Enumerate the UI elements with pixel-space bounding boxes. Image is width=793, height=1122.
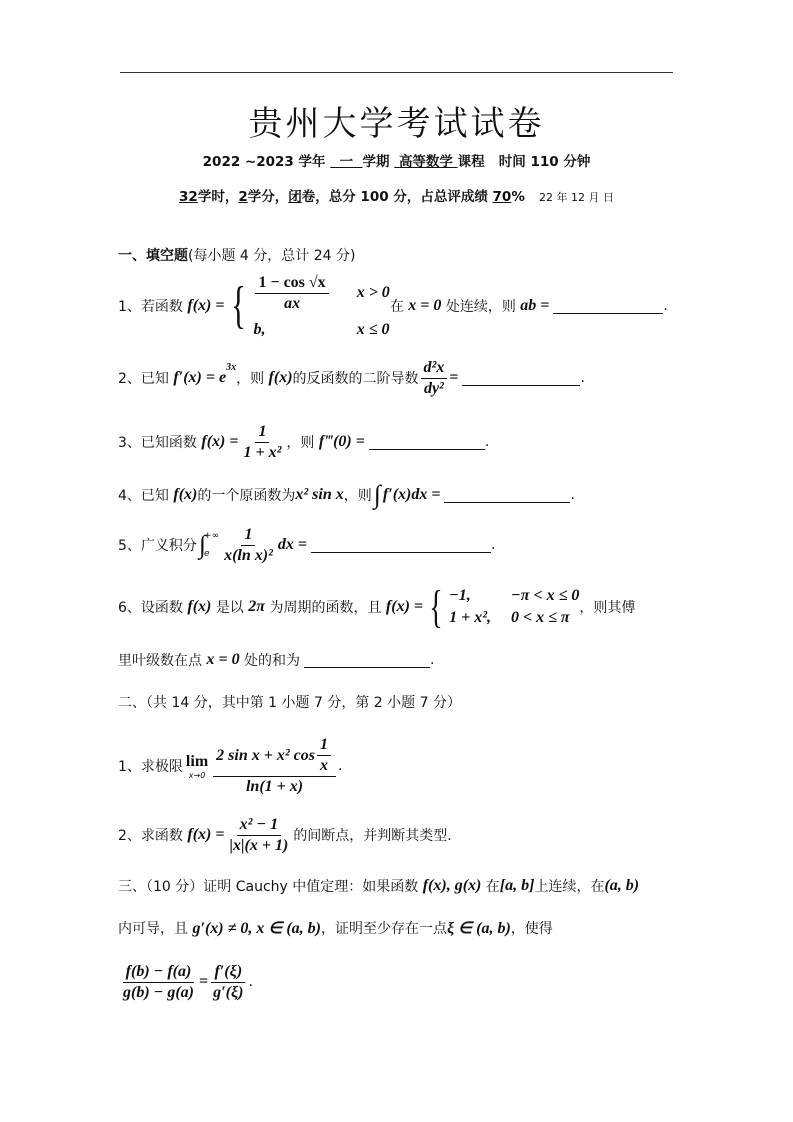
answer-blank[interactable] [553,299,663,314]
answer-blank[interactable] [369,435,485,450]
course-value: 高等数学 [394,154,457,170]
exam-info-line-2: 32学时，2学分，闭卷，总分 100 分，占总评成绩 70% 22 年 12 月… [0,185,793,205]
question-1-2: 2、已知 f′(x) = e3x ，则 f(x)的反函数的二阶导数 d²xdy²… [118,356,585,400]
section-3-line-2: 内可导，且 g′(x) ≠ 0, x ∈ (a, b)，证明至少存在一点ξ ∈ … [118,918,553,938]
question-1-3: 3、已知函数 f(x) = 11 + x² ，则 f‴(0) = . [118,420,489,464]
answer-blank[interactable] [311,538,491,553]
section-2-heading: 二、（共 14 分，其中第 1 小题 7 分，第 2 小题 7 分） [118,692,461,712]
term-value: 一 [330,154,362,170]
question-1-4: 4、已知 f(x)的一个原函数为x² sin x ，则∫f′(x)dx = . [118,480,575,510]
section-3-line-1: 三、（10 分）证明 Cauchy 中值定理：如果函数 f(x), g(x) 在… [118,876,639,896]
header-rule [120,72,673,73]
answer-blank[interactable] [304,653,430,668]
question-1-6-cont: 里叶级数在点 x = 0 处的和为 . [118,650,434,670]
question-2-1: 1、求极限 limx→0 2 sin x + x² cos 1x ln(1 + … [118,736,342,796]
question-2-2: 2、求函数 f(x) = x² − 1|x|(x + 1) 的间断点，并判断其类… [118,812,452,858]
question-1-1: 1、若函数 f(x) = { 1 − cos √xax x > 0 b, x ≤… [118,272,668,340]
question-1-5: 5、广义积分 ∫ +∞e 1x(ln x)² dx = . [118,522,495,568]
answer-blank[interactable] [444,488,570,503]
cauchy-formula: f(b) − f(a)g(b) − g(a) = f′(ξ)g′(ξ) . [118,960,253,1004]
section-1-heading: 一、填空题(每小题 4 分，总计 24 分) [118,245,355,265]
answer-blank[interactable] [462,371,580,386]
question-1-6: 6、设函数 f(x) 是以 2π 为周期的函数，且 f(x) = { −1,−π… [118,582,635,632]
exam-info-line-1: 2022 ~2023 学年 一 学期 高等数学 课程 时间 110 分钟 [0,150,793,170]
exam-title: 贵州大学考试试卷 [0,96,793,145]
